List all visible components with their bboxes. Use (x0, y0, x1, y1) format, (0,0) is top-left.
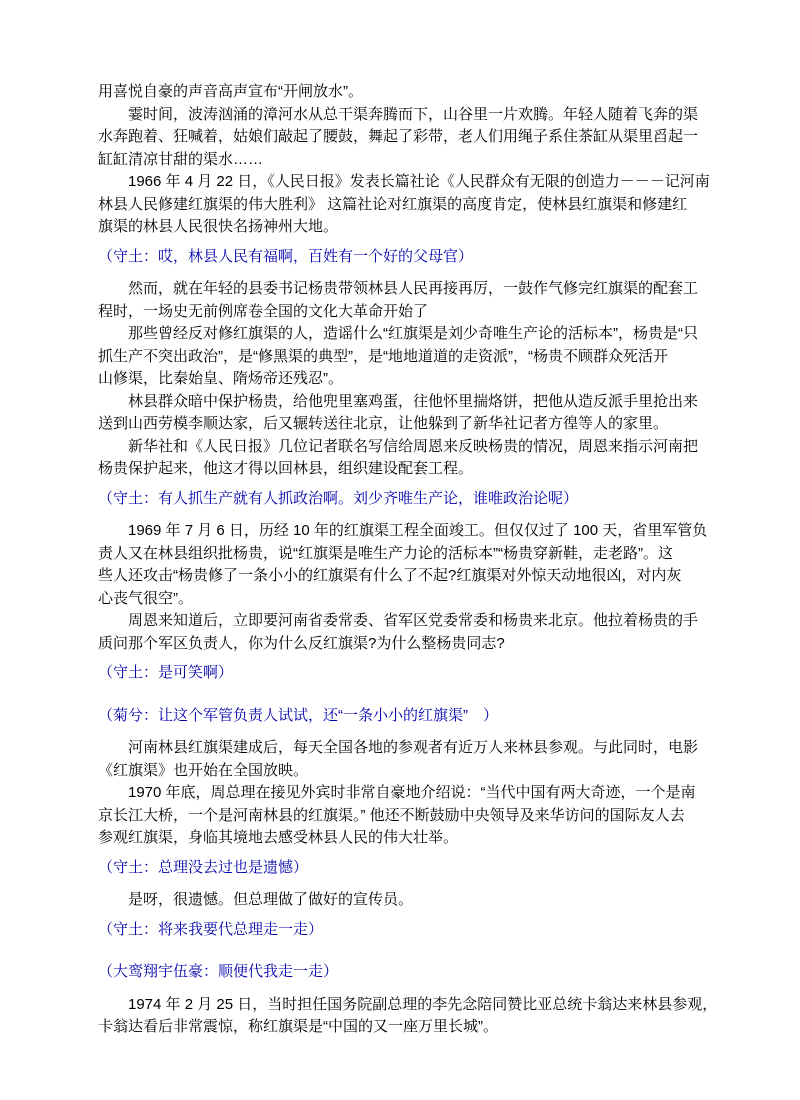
comment-line: （守土：有人抓生产就有人抓政治啊。刘少齐唯生产论，谁唯政治论呢） (98, 488, 712, 511)
comment-line: （守土：总理没去过也是遗憾） (98, 857, 712, 880)
text-line: 河南林县红旗渠建成后，每天全国各地的参观者有近万人来林县参观。与此同时，电影 (98, 737, 712, 760)
annotation-comment: （守土：总理没去过也是遗憾） (98, 857, 712, 880)
text-line: 用喜悦自豪的声音高声宣布“开闸放水”。 (98, 81, 712, 104)
text-line: 林县人民修建红旗渠的伟大胜利》 这篇社论对红旗渠的高度肯定，使林县红旗渠和修建红 (98, 194, 712, 217)
text-line: 旗渠的林县人民很快名扬神州大地。 (98, 216, 712, 239)
text-line: 1969 年 7 月 6 日，历经 10 年的红旗渠工程全面竣工。但仅仅过了 1… (98, 520, 712, 543)
text-line: 1966 年 4 月 22 日，《人民日报》发表长篇社论《人民群众有无限的创造力… (98, 171, 712, 194)
annotation-comment: （守土：哎，林县人民有福啊，百姓有一个好的父母官） (98, 246, 712, 269)
text-line: 京长江大桥，一个是河南林县的红旗渠。” 他还不断鼓励中央领导及来华访问的国际友人… (98, 805, 712, 828)
paragraph: 河南林县红旗渠建成后，每天全国各地的参观者有近万人来林县参观。与此同时，电影《红… (98, 737, 712, 850)
text-line: 杨贵保护起来，他这才得以回林县，组织建设配套工程。 (98, 458, 712, 481)
text-line: 卡翁达看后非常震惊，称红旗渠是“中国的又一座万里长城”。 (98, 1016, 712, 1039)
comment-line: （守土：哎，林县人民有福啊，百姓有一个好的父母官） (98, 246, 712, 269)
annotation-comment: （守土：将来我要代总理走一走） (98, 919, 712, 942)
text-line: 心丧气很空”。 (98, 588, 712, 611)
text-line: 新华社和《人民日报》几位记者联名写信给周恩来反映杨贵的情况，周恩来指示河南把 (98, 436, 712, 459)
document-page: 用喜悦自豪的声音高声宣布“开闸放水”。 霎时间，波涛汹涌的漳河水从总干渠奔腾而下… (0, 0, 800, 1100)
text-line: 质问那个军区负责人，你为什么反红旗渠?为什么整杨贵同志? (98, 633, 712, 656)
document-body: 用喜悦自豪的声音高声宣布“开闸放水”。 霎时间，波涛汹涌的漳河水从总干渠奔腾而下… (98, 81, 712, 1039)
paragraph: 1969 年 7 月 6 日，历经 10 年的红旗渠工程全面竣工。但仅仅过了 1… (98, 520, 712, 655)
text-line: 《红旗渠》也开始在全国放映。 (98, 760, 712, 783)
text-line: 缸缸清凉甘甜的渠水…… (98, 149, 712, 172)
annotation-comment: （守土：有人抓生产就有人抓政治啊。刘少齐唯生产论，谁唯政治论呢） (98, 488, 712, 511)
text-line: 那些曾经反对修红旗渠的人，造谣什么“红旗渠是刘少奇唯生产论的活标本”，杨贵是“只 (98, 323, 712, 346)
comment-line: （大鸾翔宇伍豪：顺便代我走一走） (98, 961, 712, 984)
text-line: 1974 年 2 月 25 日，当时担任国务院副总理的李先念陪同赞比亚总统卡翁达… (98, 994, 712, 1017)
paragraph: 是呀，很遗憾。但总理做了做好的宣传员。 (98, 889, 712, 912)
text-line: 周恩来知道后，立即要河南省委常委、省军区党委常委和杨贵来北京。他拉着杨贵的手 (98, 610, 712, 633)
text-line: 霎时间，波涛汹涌的漳河水从总干渠奔腾而下，山谷里一片欢腾。年轻人随着飞奔的渠 (98, 104, 712, 127)
text-line: 抓生产不突出政治”，是“修黑渠的典型”，是“地地道道的走资派”，“杨贵不顾群众死… (98, 346, 712, 369)
text-line: 些人还攻击“杨贵修了一条小小的红旗渠有什么了不起?红旗渠对外惊天动地很凶，对内灰 (98, 565, 712, 588)
paragraph: 1974 年 2 月 25 日，当时担任国务院副总理的李先念陪同赞比亚总统卡翁达… (98, 994, 712, 1039)
paragraph: 用喜悦自豪的声音高声宣布“开闸放水”。 霎时间，波涛汹涌的漳河水从总干渠奔腾而下… (98, 81, 712, 239)
annotation-comment: （菊兮：让这个军管负责人试试，还“一条小小的红旗渠” ） (98, 705, 712, 728)
text-line: 程时，一场史无前例席卷全国的文化大革命开始了 (98, 301, 712, 324)
annotation-comment: （大鸾翔宇伍豪：顺便代我走一走） (98, 961, 712, 984)
text-line: 山修渠，比秦始皇、隋炀帝还残忍”。 (98, 368, 712, 391)
text-line: 送到山西劳模李顺达家，后又辗转送往北京，让他躲到了新华社记者方徨等人的家里。 (98, 413, 712, 436)
comment-line: （菊兮：让这个军管负责人试试，还“一条小小的红旗渠” ） (98, 705, 712, 728)
text-line: 是呀，很遗憾。但总理做了做好的宣传员。 (98, 889, 712, 912)
text-line: 1970 年底，周总理在接见外宾时非常自豪地介绍说：“当代中国有两大奇迹，一个是… (98, 782, 712, 805)
text-line: 责人又在林县组织批杨贵，说“红旗渠是唯生产力论的活标本”“杨贵穿新鞋，走老路”。… (98, 543, 712, 566)
text-line: 林县群众暗中保护杨贵，给他兜里塞鸡蛋，往他怀里揣烙饼，把他从造反派手里抢出来 (98, 391, 712, 414)
text-line: 然而，就在年轻的县委书记杨贵带领林县人民再接再厉，一鼓作气修完红旗渠的配套工 (98, 278, 712, 301)
text-line: 参观红旗渠，身临其境地去感受林县人民的伟大壮举。 (98, 827, 712, 850)
text-line: 水奔跑着、狂喊着，姑娘们敲起了腰鼓，舞起了彩带，老人们用绳子系住茶缸从渠里舀起一 (98, 126, 712, 149)
annotation-comment: （守土：是可笑啊） (98, 662, 712, 685)
comment-line: （守土：将来我要代总理走一走） (98, 919, 712, 942)
comment-line: （守土：是可笑啊） (98, 662, 712, 685)
paragraph: 然而，就在年轻的县委书记杨贵带领林县人民再接再厉，一鼓作气修完红旗渠的配套工程时… (98, 278, 712, 481)
